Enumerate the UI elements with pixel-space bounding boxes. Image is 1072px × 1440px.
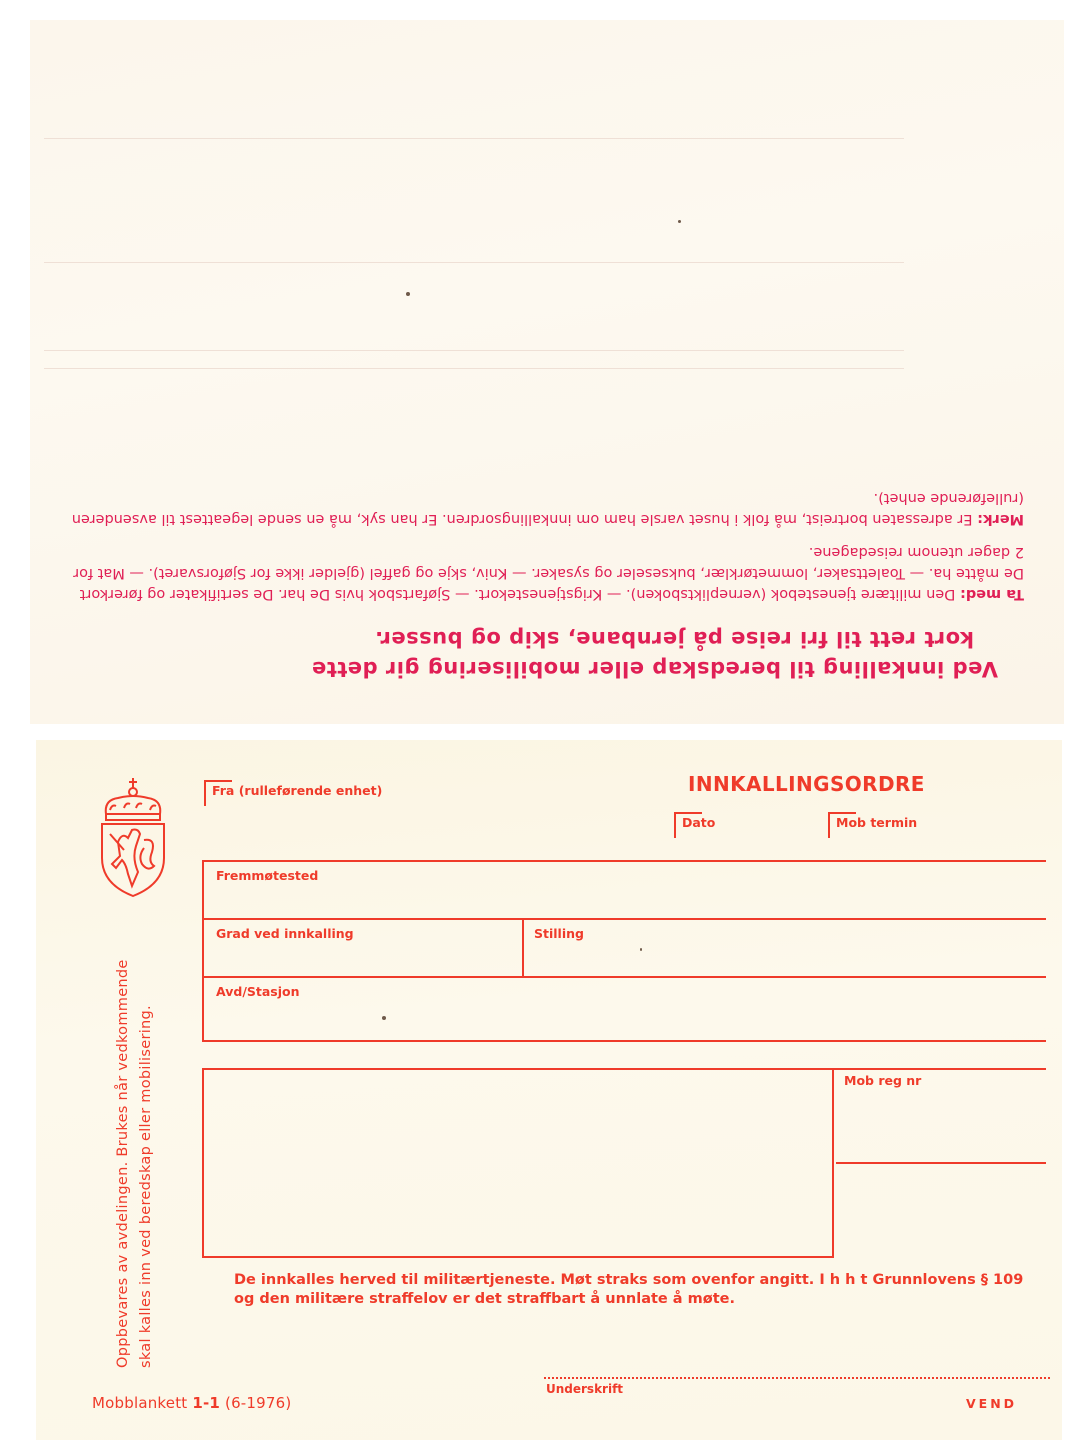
avd-stasjon-field-label[interactable]: Avd/Stasjon xyxy=(216,984,300,999)
grad-field-label[interactable]: Grad ved innkalling xyxy=(216,926,354,941)
merk-text: Er adressaten bortreist, må folk i huset… xyxy=(72,490,1024,527)
paper-speck xyxy=(678,220,681,223)
back-text-block: Ved innkalling til beredskap eller mobil… xyxy=(64,487,1024,684)
norwegian-coat-of-arms-icon xyxy=(98,776,168,898)
form-edition: (6-1976) xyxy=(225,1394,291,1412)
address-box-top-line xyxy=(202,1068,1046,1070)
legal-notice: De innkalles herved til militærtjeneste.… xyxy=(234,1271,1064,1309)
paper-speck xyxy=(382,1016,386,1020)
paper-speck xyxy=(640,948,642,951)
column-divider xyxy=(522,920,524,976)
rotated-content: Ved innkalling til beredskap eller mobil… xyxy=(30,20,1064,724)
card-front-side: Oppbevares av avdelingen. Brukes når ved… xyxy=(36,740,1062,1440)
mob-reg-nr-field-label[interactable]: Mob reg nr xyxy=(844,1073,921,1088)
legal-notice-line1: De innkalles herved til militærtjeneste.… xyxy=(234,1271,1064,1290)
signature-line[interactable] xyxy=(544,1377,1050,1379)
merk-label: Merk: xyxy=(977,511,1024,527)
ta-med-paragraph: Ta med: Den militære tjenestebok (vernep… xyxy=(64,541,1024,604)
turn-over-label: VEND xyxy=(966,1396,1017,1411)
stilling-field-label[interactable]: Stilling xyxy=(534,926,584,941)
fremmotested-field-label[interactable]: Fremmøtested xyxy=(216,868,318,883)
box-left-line xyxy=(202,860,204,1042)
signature-label: Underskrift xyxy=(546,1382,623,1396)
form-identifier: Mobblankett 1-1 (6-1976) xyxy=(92,1394,291,1412)
address-box-bottom-line xyxy=(202,1256,834,1258)
legal-notice-line2: og den militære straffelov er det straff… xyxy=(234,1290,1064,1309)
storage-instructions-line1: Oppbevares av avdelingen. Brukes når ved… xyxy=(112,959,135,1368)
storage-instructions-line2: skal kalles inn ved beredskap eller mobi… xyxy=(135,959,158,1368)
card-back-side: Ved innkalling til beredskap eller mobil… xyxy=(30,20,1064,724)
merk-paragraph: Merk: Er adressaten bortreist, må folk i… xyxy=(64,487,1024,529)
form-name: Mobblankett xyxy=(92,1394,187,1412)
travel-heading-line2: kort rett til fri reise på jernbane, ski… xyxy=(64,624,974,654)
box-top-line xyxy=(202,860,1046,862)
row-divider xyxy=(202,918,1046,920)
mob-termin-field-label[interactable]: Mob termin xyxy=(836,815,917,830)
row-divider xyxy=(202,976,1046,978)
fra-field-label[interactable]: Fra (rulleførende enhet) xyxy=(212,783,382,798)
ta-med-text: Den militære tjenestebok (vernepliktsbok… xyxy=(73,544,1024,602)
paper-speck xyxy=(406,292,410,296)
address-box-right-line xyxy=(832,1068,834,1258)
travel-heading-line1: Ved innkalling til beredskap eller mobil… xyxy=(64,654,998,684)
ta-med-label: Ta med: xyxy=(960,586,1024,602)
storage-instructions: Oppbevares av avdelingen. Brukes når ved… xyxy=(112,959,158,1368)
form-title: INNKALLINGSORDRE xyxy=(688,772,925,796)
dato-field-label[interactable]: Dato xyxy=(682,815,715,830)
mob-reg-nr-underline xyxy=(836,1162,1046,1164)
address-box-left-line xyxy=(202,1068,204,1258)
box-bottom-line xyxy=(202,1040,1046,1042)
form-number: 1-1 xyxy=(192,1394,220,1412)
